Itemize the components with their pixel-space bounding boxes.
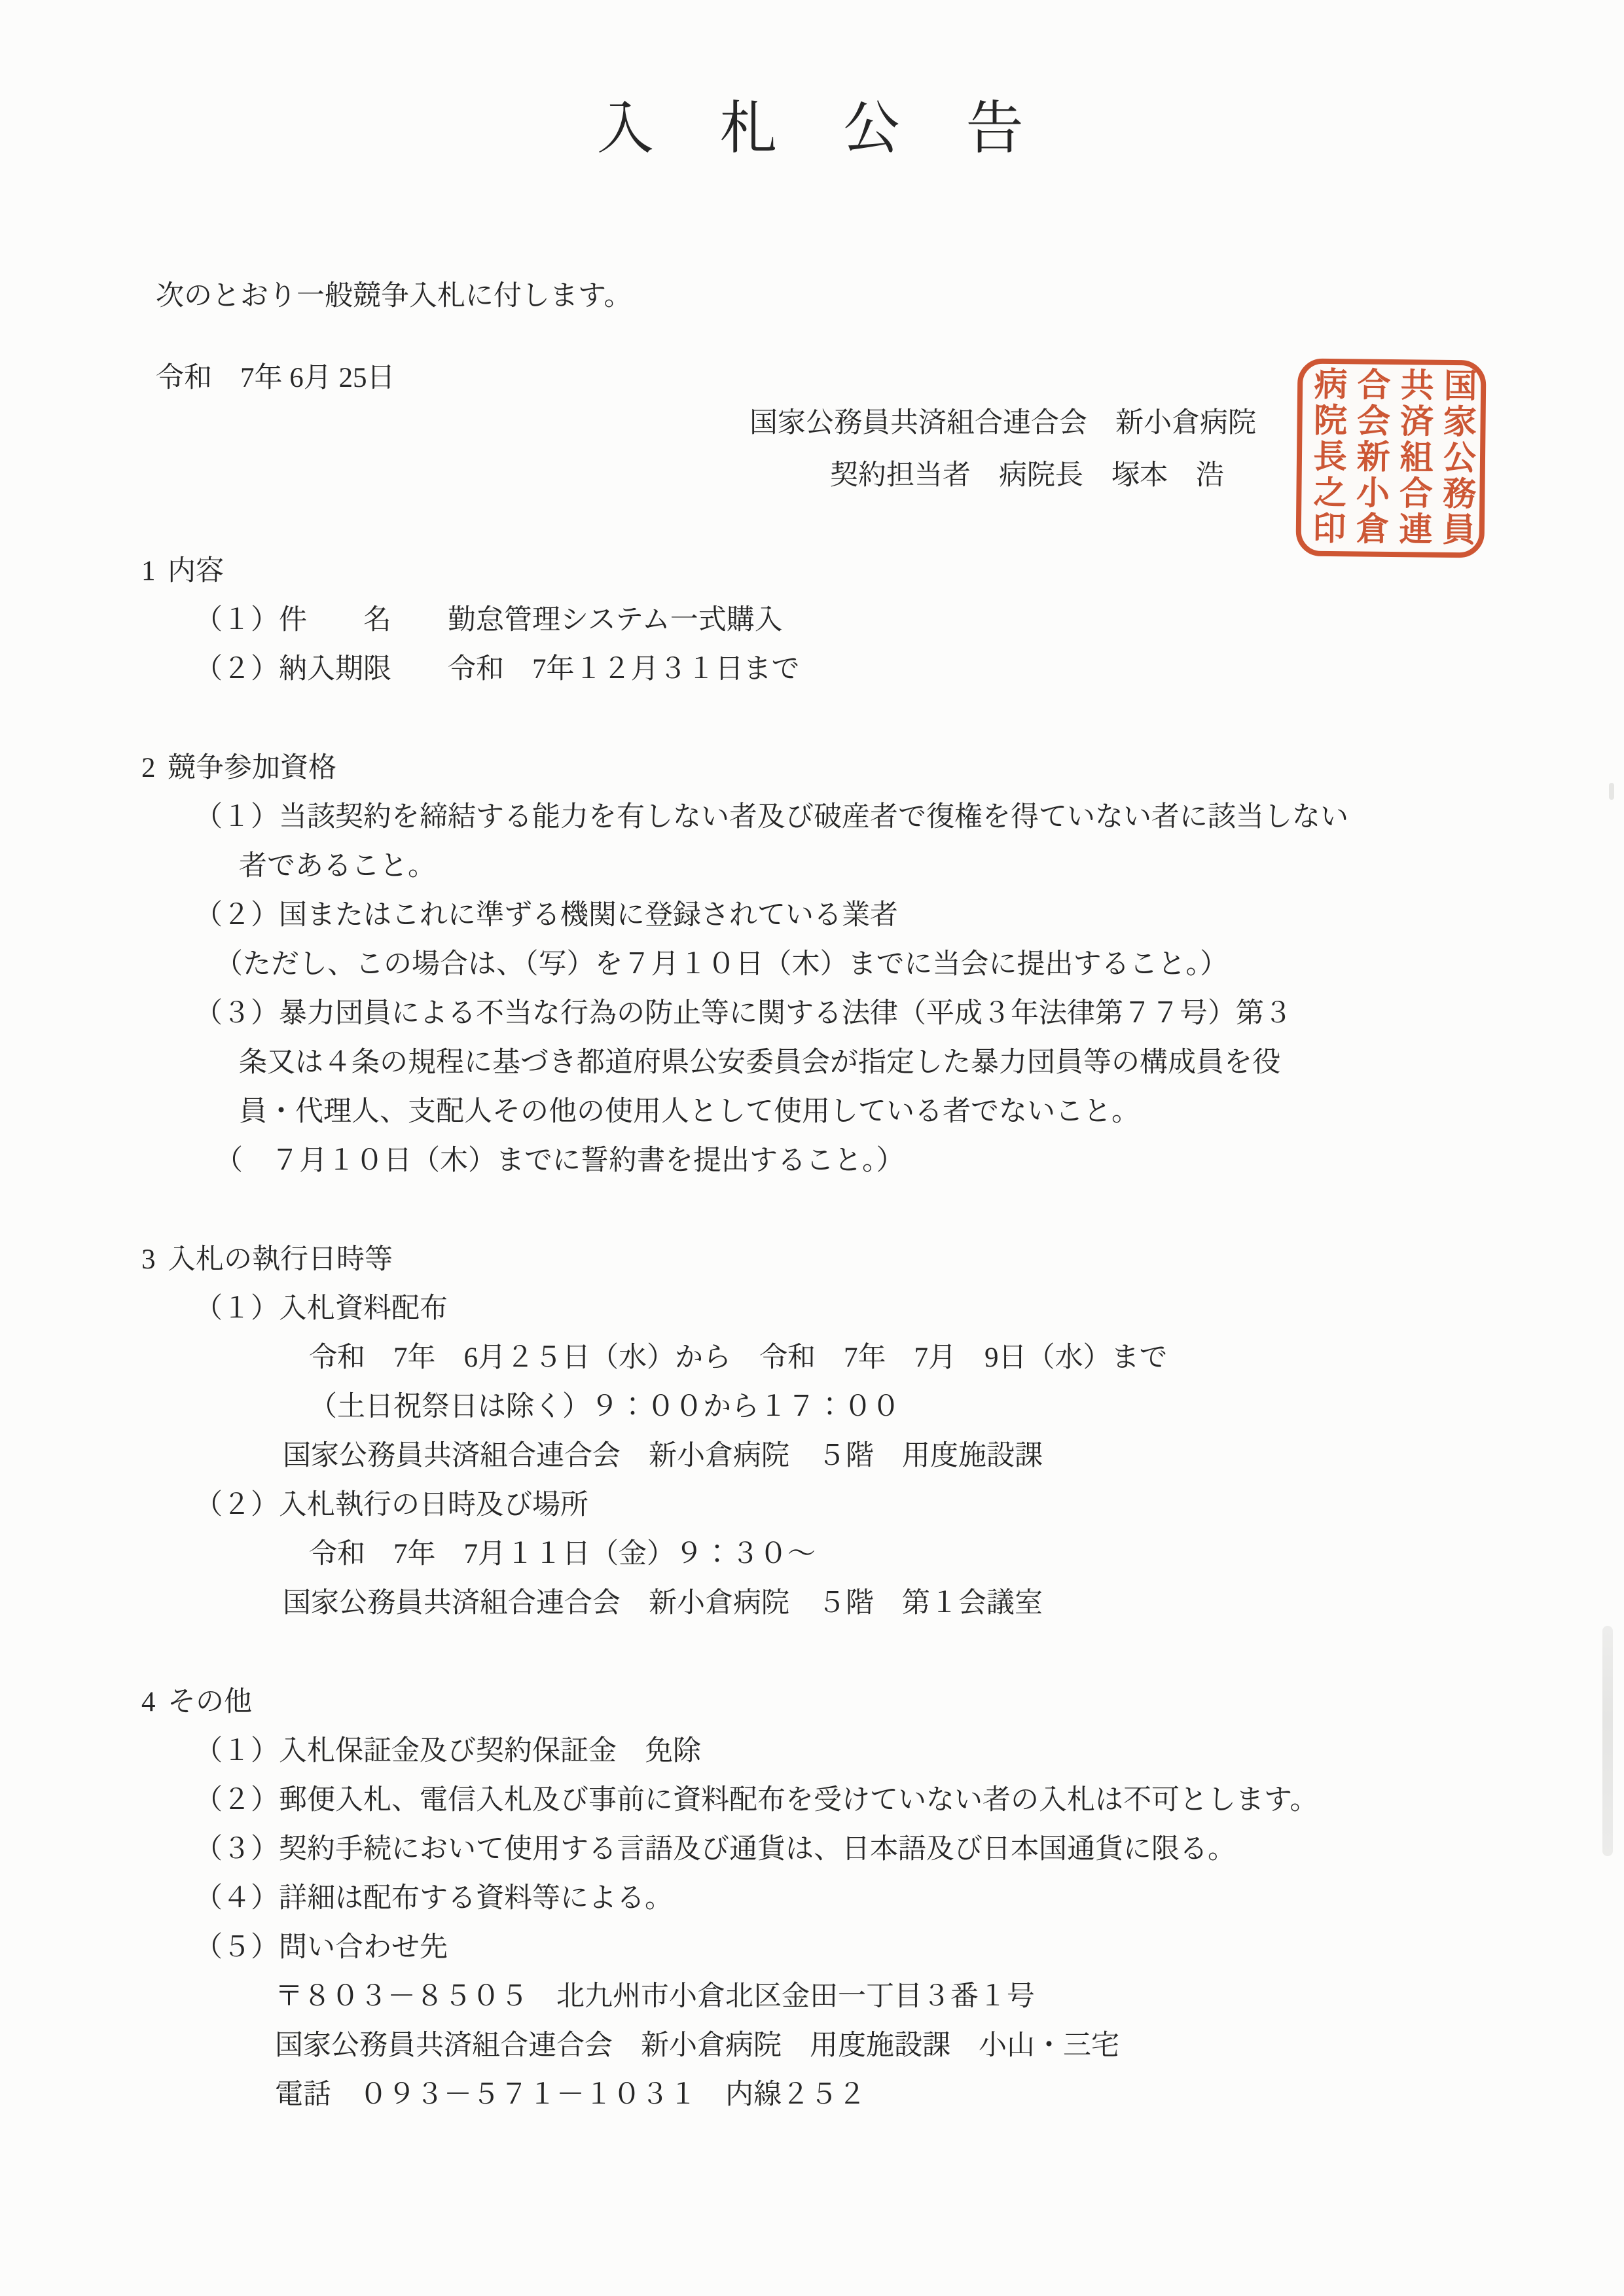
doc-line: （土日祝祭日は除く）９：００から１７：００ <box>0 1382 1624 1431</box>
section-heading: 1内容 <box>0 547 1624 596</box>
doc-line: 〒８０３－８５０５ 北九州市小倉北区金田一丁目３番１号 <box>0 1972 1624 2021</box>
doc-line: （ただし、この場合は、（写）を７月１０日（木）までに当会に提出すること。） <box>0 940 1624 989</box>
scanned-document-page: 入 札 公 告 次のとおり一般競争入札に付します。 令和 7年 6月 25日 国… <box>0 0 1624 2296</box>
red-seal-stamp-text: 国家公務員共済組合連合会新小倉病院長之印 <box>1304 367 1479 550</box>
doc-line: 国家公務員共済組合連合会 新小倉病院 ５階 用度施設課 <box>0 1431 1624 1480</box>
doc-line: （３）暴力団員による不当な行為の防止等に関する法律（平成３年法律第７７号）第３ <box>0 989 1624 1038</box>
issue-date: 令和 7年 6月 25日 <box>156 355 395 395</box>
section-number: 1 <box>141 547 168 596</box>
issuer-contract-officer: 契約担当者 病院長 塚本 浩 <box>830 453 1224 493</box>
section-4-sonota: 4その他 （１）入札保証金及び契約保証金 免除 （２）郵便入札、電信入札及び事前… <box>0 1677 1624 2119</box>
doc-line: 国家公務員共済組合連合会 新小倉病院 ５階 第１会議室 <box>0 1579 1624 1628</box>
issuer-organization: 国家公務員共済組合連合会 新小倉病院 <box>749 401 1256 440</box>
doc-line: （２）国またはこれに準ずる機関に登録されている業者 <box>0 891 1624 940</box>
doc-line: （２）納入期限 令和 7年１２月３１日まで <box>0 645 1624 694</box>
section-heading: 4その他 <box>0 1677 1624 1727</box>
section-number: 2 <box>141 744 168 793</box>
intro-sentence: 次のとおり一般競争入札に付します。 <box>156 274 632 314</box>
section-heading: 3入札の執行日時等 <box>0 1235 1624 1284</box>
section-3-nyusatsu-shikko: 3入札の執行日時等 （１）入札資料配布 令和 7年 6月２５日（水）から 令和 … <box>0 1235 1624 1628</box>
doc-line: （１）入札資料配布 <box>0 1284 1624 1333</box>
doc-line: （１）当該契約を締結する能力を有しない者及び破産者で復権を得ていない者に該当しな… <box>0 793 1624 842</box>
document-title: 入 札 公 告 <box>0 82 1624 165</box>
doc-line: （３）契約手続において使用する言語及び通貨は、日本語及び日本国通貨に限る。 <box>0 1825 1624 1874</box>
section-number: 3 <box>141 1235 168 1284</box>
scan-artifact <box>1609 783 1614 800</box>
section-heading-label: 内容 <box>168 556 224 586</box>
doc-line: （ ７月１０日（木）までに誓約書を提出すること。） <box>0 1136 1624 1185</box>
doc-line: （２）郵便入札、電信入札及び事前に資料配布を受けていない者の入札は不可とします。 <box>0 1776 1624 1825</box>
section-heading-label: 入札の執行日時等 <box>168 1244 393 1275</box>
section-heading: 2競争参加資格 <box>0 744 1624 793</box>
doc-line: 条又は４条の規程に基づき都道府県公安委員会が指定した暴力団員等の構成員を役 <box>0 1038 1624 1087</box>
doc-line: 令和 7年 6月２５日（水）から 令和 7年 7月 9日（水）まで <box>0 1333 1624 1382</box>
doc-line: （２）入札執行の日時及び場所 <box>0 1480 1624 1530</box>
doc-line: （１）入札保証金及び契約保証金 免除 <box>0 1727 1624 1776</box>
section-heading-label: その他 <box>168 1687 252 1717</box>
doc-line: 員・代理人、支配人その他の使用人として使用している者でないこと。 <box>0 1087 1624 1136</box>
doc-line: （４）詳細は配布する資料等による。 <box>0 1874 1624 1923</box>
doc-line: 令和 7年 7月１１日（金）９：３０～ <box>0 1530 1624 1579</box>
section-2-sanka-shikaku: 2競争参加資格 （１）当該契約を締結する能力を有しない者及び破産者で復権を得てい… <box>0 744 1624 1185</box>
document-body: 1内容 （１）件 名 勤怠管理システム一式購入 （２）納入期限 令和 7年１２月… <box>0 547 1624 2119</box>
scan-artifact <box>1602 1626 1613 1856</box>
section-heading-label: 競争参加資格 <box>168 753 336 783</box>
section-number: 4 <box>141 1677 168 1727</box>
red-seal-stamp: 国家公務員共済組合連合会新小倉病院長之印 <box>1295 359 1486 558</box>
doc-line: （１）件 名 勤怠管理システム一式購入 <box>0 596 1624 645</box>
doc-line: 国家公務員共済組合連合会 新小倉病院 用度施設課 小山・三宅 <box>0 2021 1624 2070</box>
doc-line: （５）問い合わせ先 <box>0 1923 1624 1972</box>
doc-line: 電話 ０９３－５７１－１０３１ 内線２５２ <box>0 2070 1624 2119</box>
doc-line: 者であること。 <box>0 842 1624 891</box>
section-1-naiyou: 1内容 （１）件 名 勤怠管理システム一式購入 （２）納入期限 令和 7年１２月… <box>0 547 1624 694</box>
